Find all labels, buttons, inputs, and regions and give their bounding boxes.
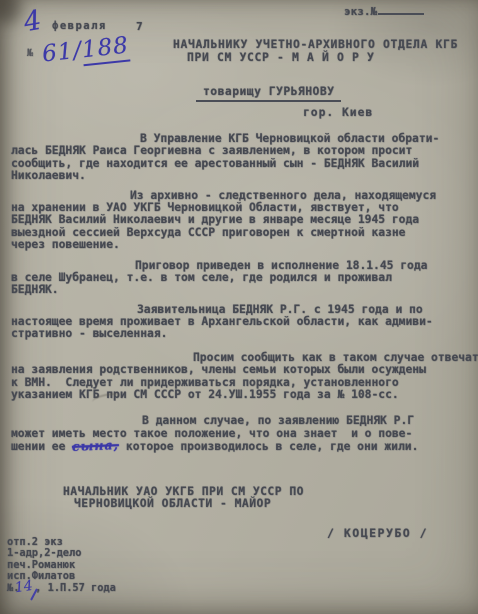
paragraph-6: В данном случае, по заявлению БЕДНЯК Р.Г… [11,415,469,452]
paragraph-line: В данном случае, по заявлению БЕДНЯК Р.Г [11,415,469,427]
outgoing-number-part2-underlined: 188 [81,33,131,67]
date-text: , 1.П.57 года [35,582,116,594]
paragraph-line: БЕДНЯК Василий Николаевич и другие в янв… [11,214,469,226]
paragraph-line: на заявления родственников, члены семьи … [11,364,469,376]
paragraph-line: стративно - выселенная. [11,328,469,340]
paragraph-line: лась БЕДНЯК Раиса Георгиевна с заявление… [11,145,469,157]
paragraph-line: БЕДНЯК. [11,284,469,296]
number-sign: № [27,48,33,59]
blank-underline [378,3,424,15]
paragraph-3: Приговор приведен в исполнение 18.1.45 г… [11,260,469,297]
date-month: февраля [52,20,107,32]
signer-title-line2: ЧЕРНОВИЦКОЙ ОБЛАСТИ - МАЙОР [74,497,271,510]
photo-corner-shadow [0,0,22,24]
outgoing-number-part1: 61/ [41,37,84,67]
line-text-before-correction: шении ее [11,440,72,453]
recipient-line2: ПРИ СМ УССР - М А Й О Р У [187,51,375,64]
signer-name: / КОЦЕРУБО / [327,526,428,540]
paragraph-4: Заявительница БЕДНЯК Р.Г. с 1945 года и … [11,304,469,341]
handwritten-number: 14 [15,581,34,595]
addressee-underlined-text: товарищу ГУРЬЯНОВУ [196,85,341,102]
document-page: экз.№ 4 февраля 7 № 61/188 НАЧАЛЬНИКУ УЧ… [0,0,478,614]
paragraph-1: В Управление КГБ Черновицкой области обр… [11,133,469,183]
service-note-date-line: №.14, 1.П.57 года [7,582,116,593]
handwritten-correction-word: сына, [72,439,119,453]
line-text-after-correction: которое производилось в селе, где они жи… [119,440,418,453]
service-note-line: 1-адр,2-дело [7,548,116,559]
recipient-city: гор. Киев [303,106,373,119]
paragraph-5: Просим сообщить как в таком случае отвеч… [11,352,469,402]
date-year: 7 [136,20,143,33]
paragraph-line: через повешение. [11,239,469,251]
handwritten-outgoing-number: 61/188 [41,33,130,68]
paragraph-line: Николаевич. [11,170,469,182]
paragraph-line-with-correction: шении ее сына, которое производилось в с… [11,440,469,452]
paragraph-line: в селе Шубранец, т.е. в том селе, где ро… [11,272,469,284]
handwritten-day: 4 [21,5,43,39]
recipient-line1: НАЧАЛЬНИКУ УЧЕТНО-АРХИВНОГО ОТДЕЛА КГБ [173,38,458,51]
letter-body: В Управление КГБ Черновицкой области обр… [11,133,469,453]
paragraph-line: указанием КГБ при СМ СССР от 24.УШ.1955 … [11,389,469,401]
addressee-name: товарищу ГУРЬЯНОВУ [196,85,341,98]
copy-number-label: экз.№ [344,5,377,18]
copy-number-line: экз.№ [344,3,424,18]
service-notes: отп.2 экз 1-адр,2-дело печ.Романюк исп.Ф… [7,537,116,593]
paragraph-2: Из архивно - следственного дела, находящ… [11,190,469,252]
